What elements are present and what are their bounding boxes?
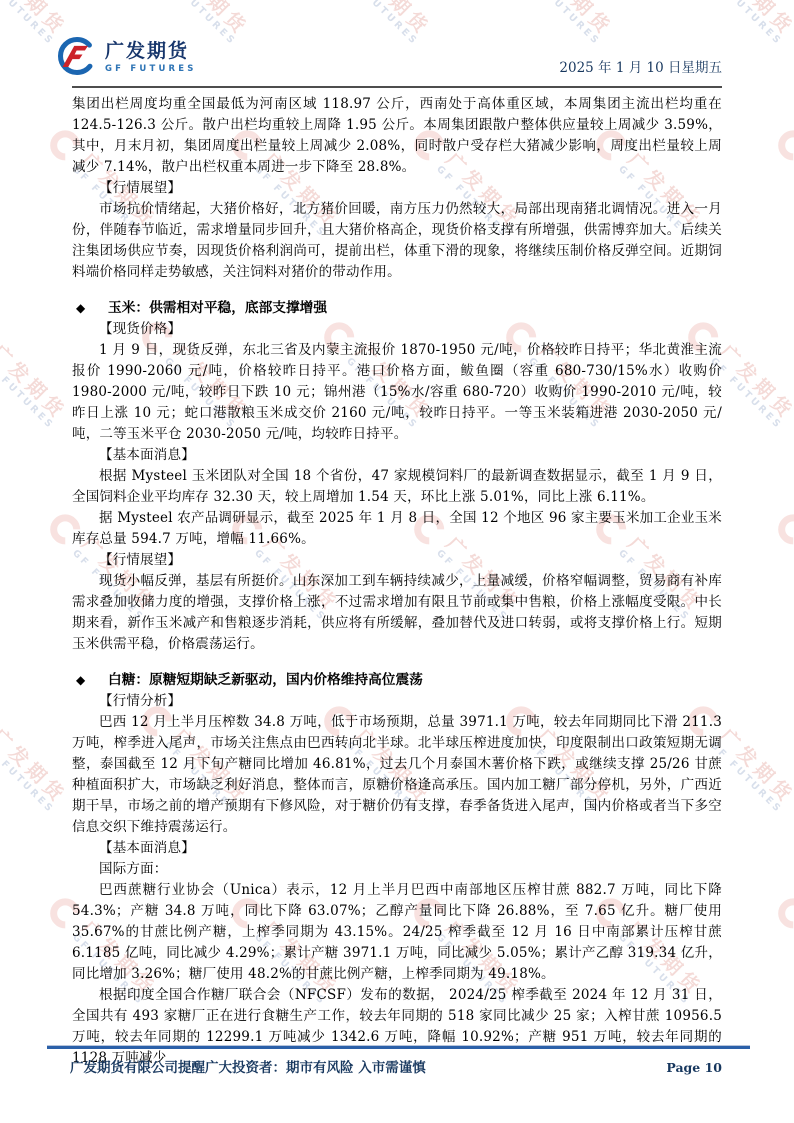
pig-continuation-paragraph: 集团出栏周度均重全国最低为河南区域 118.97 公斤，西南处于高体重区域，本周… — [72, 94, 722, 178]
sugar-international-label: 国际方面： — [72, 859, 722, 880]
report-date: 2025 年 1 月 10 日星期五 — [559, 56, 722, 82]
logo-english-name: GF FUTURES — [105, 65, 197, 74]
logo-chinese-name: 广发期货 — [105, 42, 197, 61]
pig-outlook-paragraph: 市场抗价情绪起，大猪价格好，北方猪价回暖，南方压力仍然较大，局部出现南猪北调情况… — [72, 199, 722, 283]
corn-section-title: 玉米：供需相对平稳，底部支撑增强 — [108, 298, 722, 319]
header-divider — [72, 86, 722, 88]
sugar-fundamentals-header: 【基本面消息】 — [72, 838, 722, 859]
corn-spot-paragraph: 1 月 9 日，现货反弹，东北三省及内蒙主流报价 1870-1950 元/吨，价… — [72, 340, 722, 445]
page-header: 广发期货 GF FUTURES 2025 年 1 月 10 日星期五 — [55, 34, 722, 82]
sugar-section-title: 白糖：原糖短期缺乏新驱动，国内价格维持高位震荡 — [108, 670, 722, 691]
gf-futures-logo: 广发期货 GF FUTURES — [55, 34, 197, 82]
footer-divider — [47, 1045, 750, 1049]
corn-outlook-header: 【行情展望】 — [72, 550, 722, 571]
risk-disclaimer: 广发期货有限公司提醒广大投资者：期市有风险 入市需谨慎 — [70, 1056, 426, 1076]
page-number: Page 10 — [666, 1060, 722, 1075]
diamond-bullet-icon: ◆ — [72, 670, 108, 691]
corn-fundamentals-paragraph-1: 根据 Mysteel 玉米团队对全国 18 个省份，47 家规模饲料厂的最新调查… — [72, 466, 722, 508]
pig-outlook-header: 【行情展望】 — [72, 178, 722, 199]
report-page: 广发期货GF FUTURES广发期货GF FUTURES广发期货GF FUTUR… — [0, 0, 794, 1123]
corn-section-heading: ◆ 玉米：供需相对平稳，底部支撑增强 — [72, 298, 722, 319]
page-footer: 广发期货有限公司提醒广大投资者：期市有风险 入市需谨慎 Page 10 — [0, 1045, 794, 1076]
corn-outlook-paragraph: 现货小幅反弹，基层有所挺价。山东深加工到车辆持续减少，上量减缓，价格窄幅调整，贸… — [72, 571, 722, 655]
report-body: 集团出栏周度均重全国最低为河南区域 118.97 公斤，西南处于高体重区域，本周… — [72, 94, 722, 1069]
sugar-analysis-header: 【行情分析】 — [72, 691, 722, 712]
corn-fundamentals-header: 【基本面消息】 — [72, 445, 722, 466]
sugar-section-heading: ◆ 白糖：原糖短期缺乏新驱动，国内价格维持高位震荡 — [72, 670, 722, 691]
sugar-analysis-paragraph: 巴西 12 月上半月压榨数 34.8 万吨，低于市场预期，总量 3971.1 万… — [72, 712, 722, 838]
diamond-bullet-icon: ◆ — [72, 298, 108, 319]
sugar-unica-paragraph: 巴西蔗糖行业协会（Unica）表示，12 月上半月巴西中南部地区压榨甘蔗 882… — [72, 880, 722, 985]
gf-logo-icon — [55, 34, 99, 82]
corn-spot-header: 【现货价格】 — [72, 319, 722, 340]
corn-fundamentals-paragraph-2: 据 Mysteel 农产品调研显示，截至 2025 年 1 月 8 日，全国 1… — [72, 508, 722, 550]
